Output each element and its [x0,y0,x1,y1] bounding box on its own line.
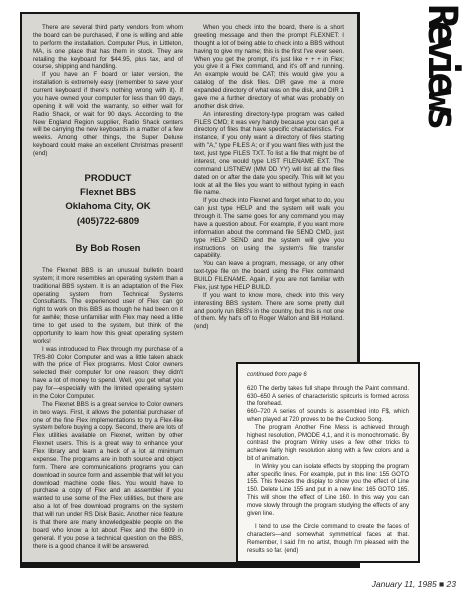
page-footer: January 11, 1985 ■ 23 [256,579,456,589]
paragraph: If you have an F board or later version,… [33,71,183,158]
reviews-section-logo: Reviews [402,4,462,284]
continued-from-page-box: continued from page 6 620 The derby take… [236,362,420,563]
paragraph: The program Another Fine Mess is achieve… [247,425,409,464]
paragraph: I was introduced to Flex through my purc… [33,346,183,401]
byline: By Bob Rosen [33,243,183,255]
paragraph: The Flexnet BBS is a great service to Co… [33,401,183,551]
paragraph: The Flexnet BBS is an unusual bulletin b… [33,267,183,346]
paragraph: When you check into the board, there is … [194,24,344,111]
paragraph: In Winky you can isolate effects by stop… [247,464,409,519]
paragraph: There are several third party vendors fr… [33,24,183,71]
paragraph: You can leave a program, message, or any… [194,260,344,292]
paragraph: 660–720 A series of sounds is assembled … [247,409,409,425]
product-header: PRODUCT Flexnet BBS Oklahoma City, OK (4… [33,172,183,229]
paragraph: I tend to use the Circle command to crea… [247,524,409,555]
magazine-page: Reviews There are several third party ve… [0,0,462,600]
continued-title: continued from page 6 [247,372,409,380]
product-header-line: PRODUCT [33,172,183,186]
product-header-line: Oklahoma City, OK [33,200,183,214]
product-header-line: Flexnet BBS [33,186,183,200]
paragraph: An interesting directory-type program wa… [194,111,344,198]
paragraph: 620 The derby takes full shape through t… [247,386,409,409]
left-column: There are several third party vendors fr… [33,24,183,556]
paragraph: If you want to know more, check into thi… [194,292,344,331]
paragraph: If you check into Flexnet and forget wha… [194,197,344,260]
product-header-line: (405)722-6809 [33,215,183,229]
